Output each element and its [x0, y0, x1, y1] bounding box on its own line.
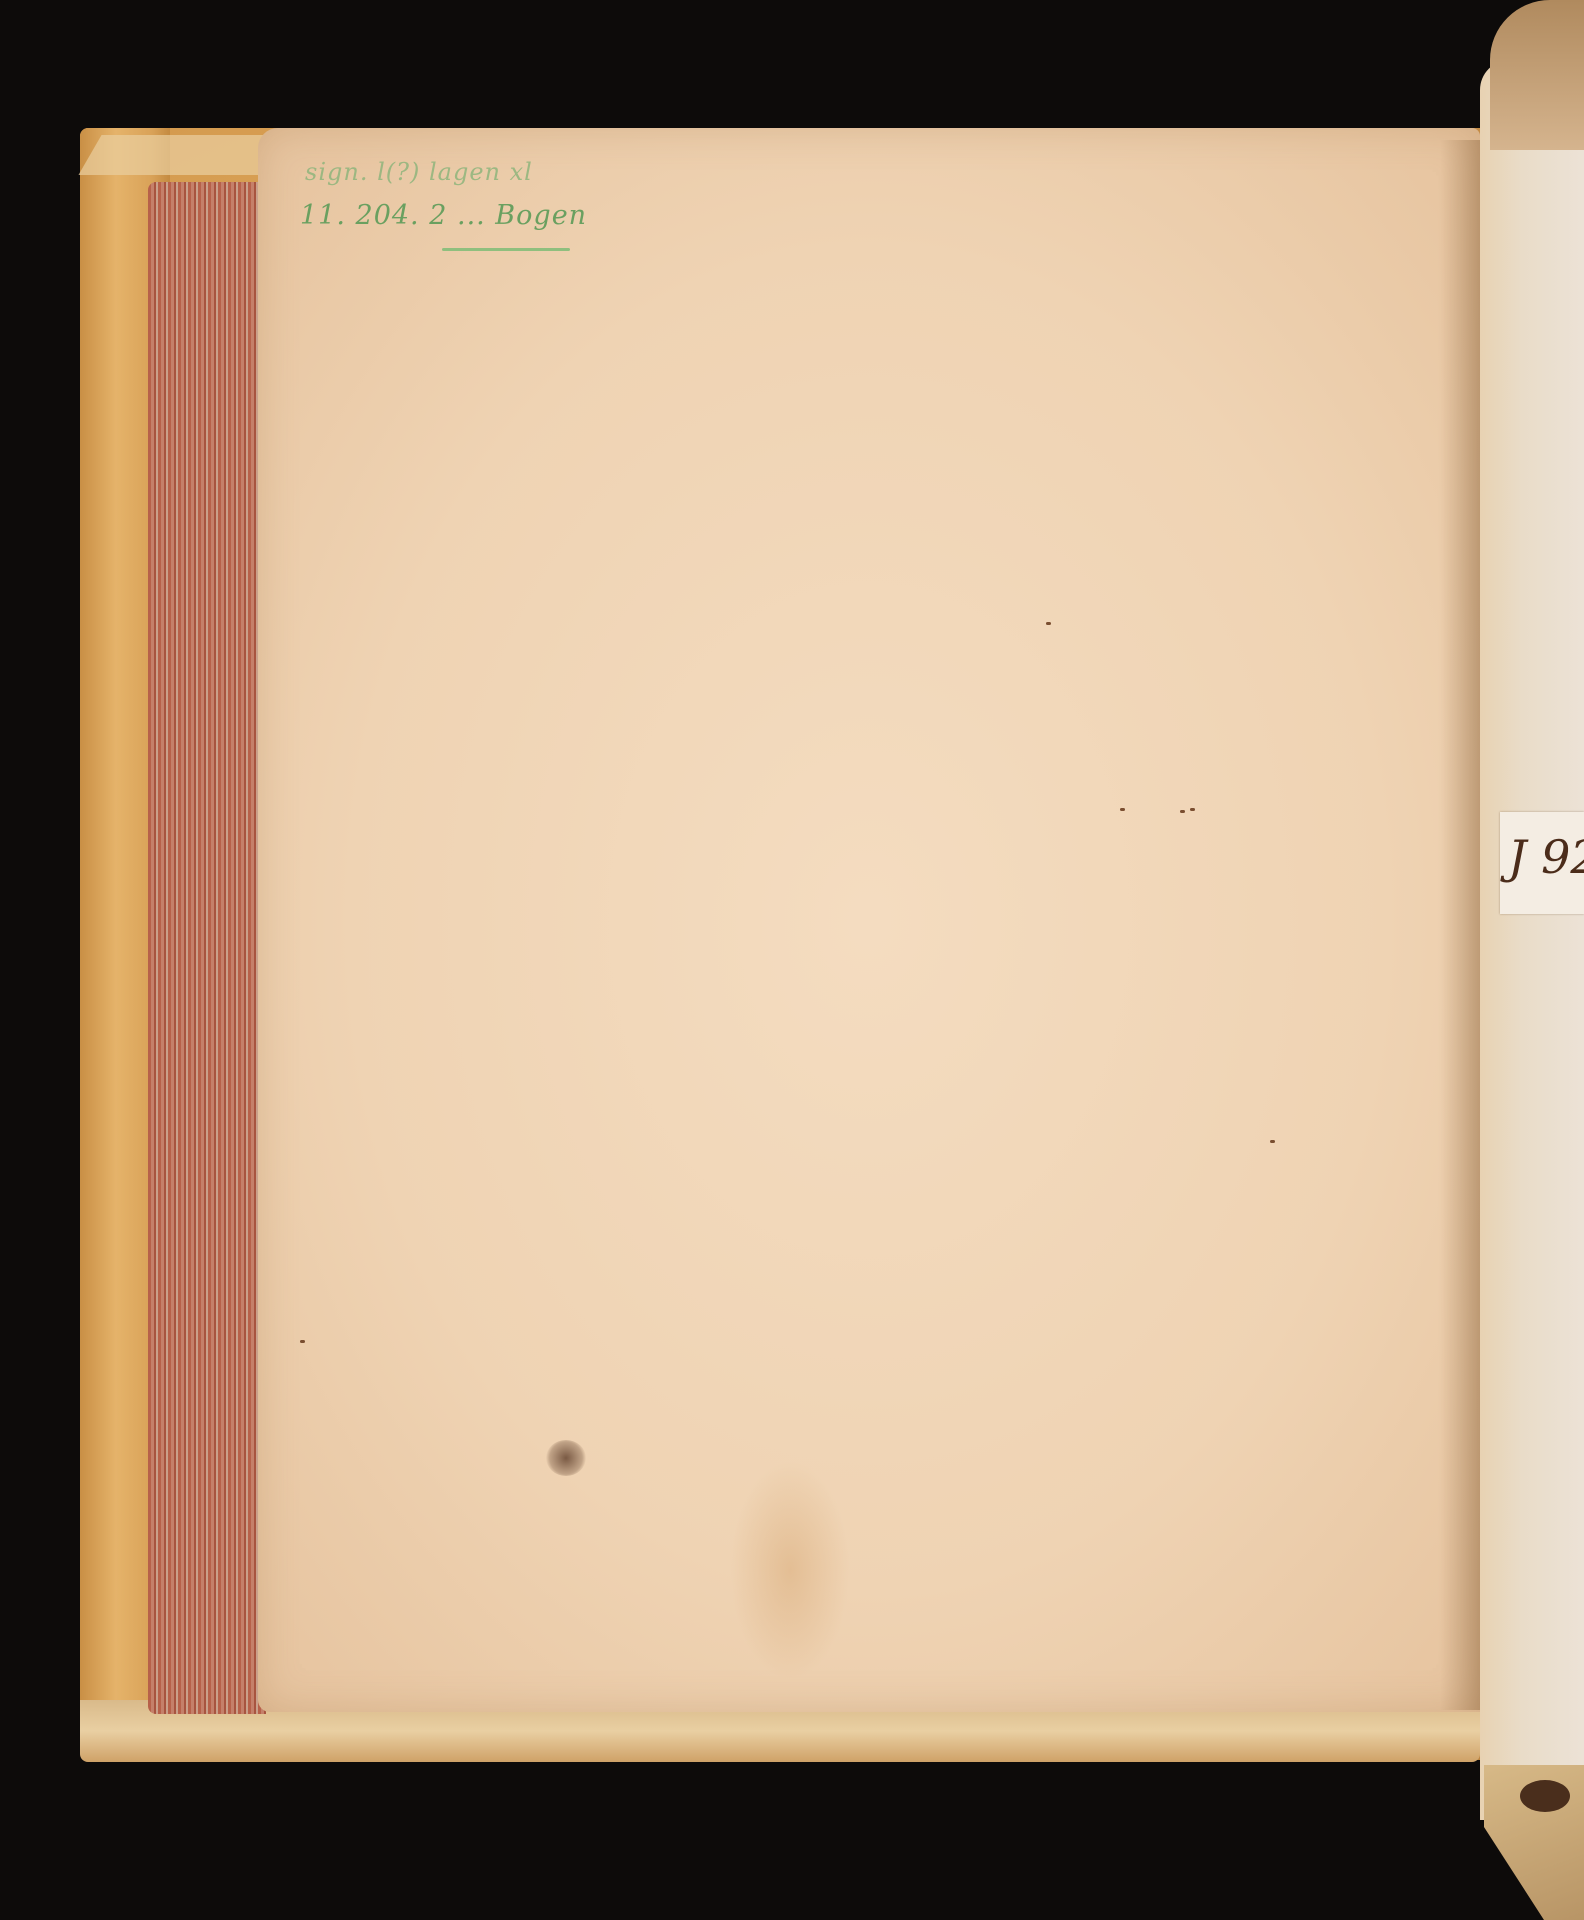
endpaper: [258, 128, 1480, 1712]
red-page-edges: [148, 182, 266, 1714]
speck: [1120, 808, 1125, 811]
facing-leaf: [1480, 60, 1584, 1820]
pencil-note-line-2: 11. 204. 2 ... Bogen: [300, 200, 587, 231]
pencil-note-line-1: sign. l(?) lagen xl: [305, 158, 533, 186]
speck: [1270, 1140, 1275, 1143]
water-stain: [730, 1460, 850, 1680]
worm-hole: [1520, 1780, 1570, 1812]
ink-blot: [546, 1440, 586, 1476]
speck: [1190, 808, 1195, 811]
gutter-shadow: [1440, 140, 1480, 1710]
pencil-underline: [442, 248, 570, 251]
facing-leaf-torn-top: [1490, 0, 1584, 150]
shelf-label-text: J 920: [1508, 830, 1584, 884]
speck: [1180, 810, 1185, 813]
speck: [1046, 622, 1051, 625]
speck: [300, 1340, 305, 1343]
